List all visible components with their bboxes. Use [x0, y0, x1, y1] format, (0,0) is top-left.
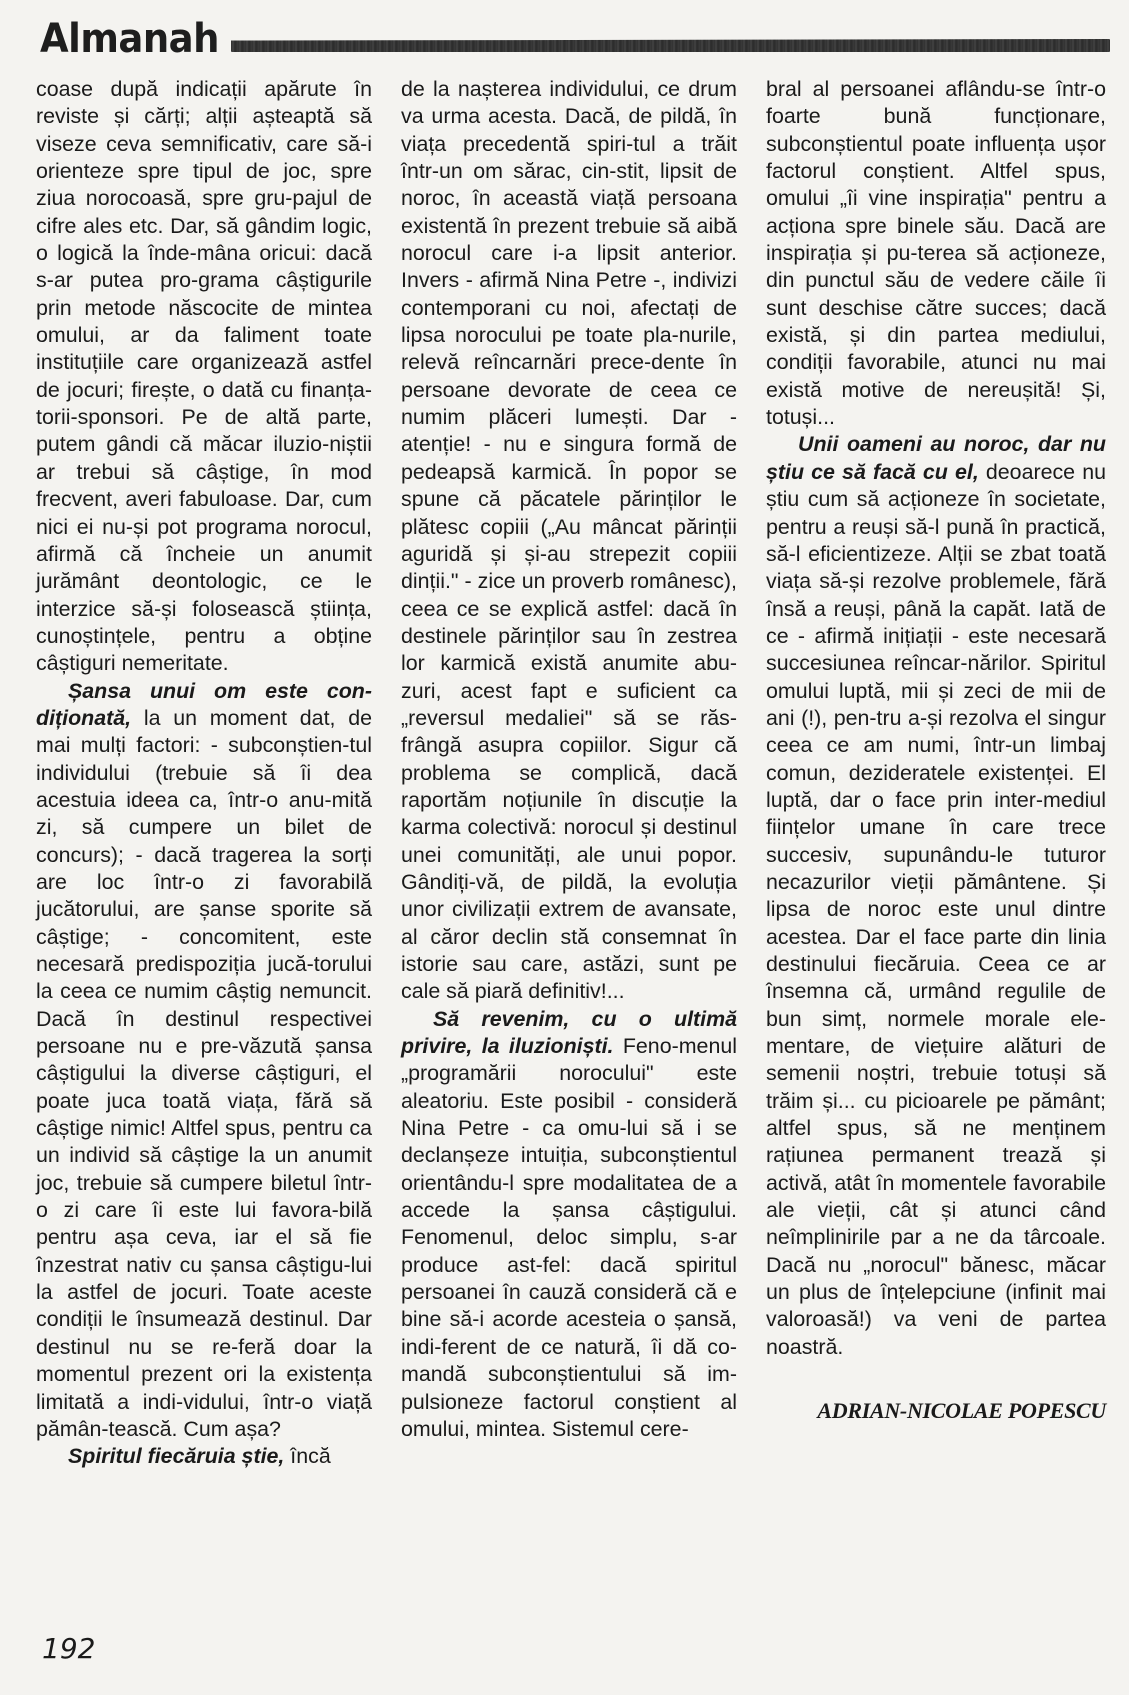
page-number: 192: [42, 1632, 95, 1665]
paragraph-text: încă: [284, 1444, 330, 1468]
column-3: bral al persoanei aflându-se într-o foar…: [766, 76, 1106, 1471]
paragraph-text: bral al persoanei aflându-se într-o foar…: [766, 77, 1106, 429]
paragraph-text: la un moment dat, de mai mulți factori: …: [36, 706, 372, 1441]
almanah-logo: Almanah: [40, 18, 219, 59]
paragraph: de la nașterea individului, ce drum va u…: [401, 76, 737, 1006]
paragraph-text: Feno-menul „programării norocului" este …: [401, 1034, 737, 1441]
paragraph-lead: Spiritul fiecăruia știe,: [68, 1444, 284, 1468]
paragraph: Unii oameni au noroc, dar nu știu ce să …: [766, 431, 1106, 1361]
running-header: Almanah: [40, 18, 1110, 58]
column-1: coase după indicații apărute în reviste …: [36, 76, 372, 1471]
paragraph: Să revenim, cu o ultimă privire, la iluz…: [401, 1006, 737, 1444]
paragraph: Șansa unui om este con-diționată, la un …: [36, 678, 372, 1444]
paragraph: coase după indicații apărute în reviste …: [36, 76, 372, 678]
column-2: de la nașterea individului, ce drum va u…: [401, 76, 737, 1471]
paragraph-text: de la nașterea individului, ce drum va u…: [401, 77, 737, 1003]
article-body: coase după indicații apărute în reviste …: [36, 76, 1106, 1471]
paragraph: Spiritul fiecăruia știe, încă: [36, 1443, 372, 1470]
author-signature: ADRIAN-NICOLAE POPESCU: [766, 1397, 1106, 1424]
paragraph-text: deoarece nu știu cum să acționeze în soc…: [766, 460, 1106, 1359]
header-rule: [231, 39, 1110, 52]
paragraph-text: coase după indicații apărute în reviste …: [36, 77, 372, 675]
paragraph: bral al persoanei aflându-se într-o foar…: [766, 76, 1106, 431]
